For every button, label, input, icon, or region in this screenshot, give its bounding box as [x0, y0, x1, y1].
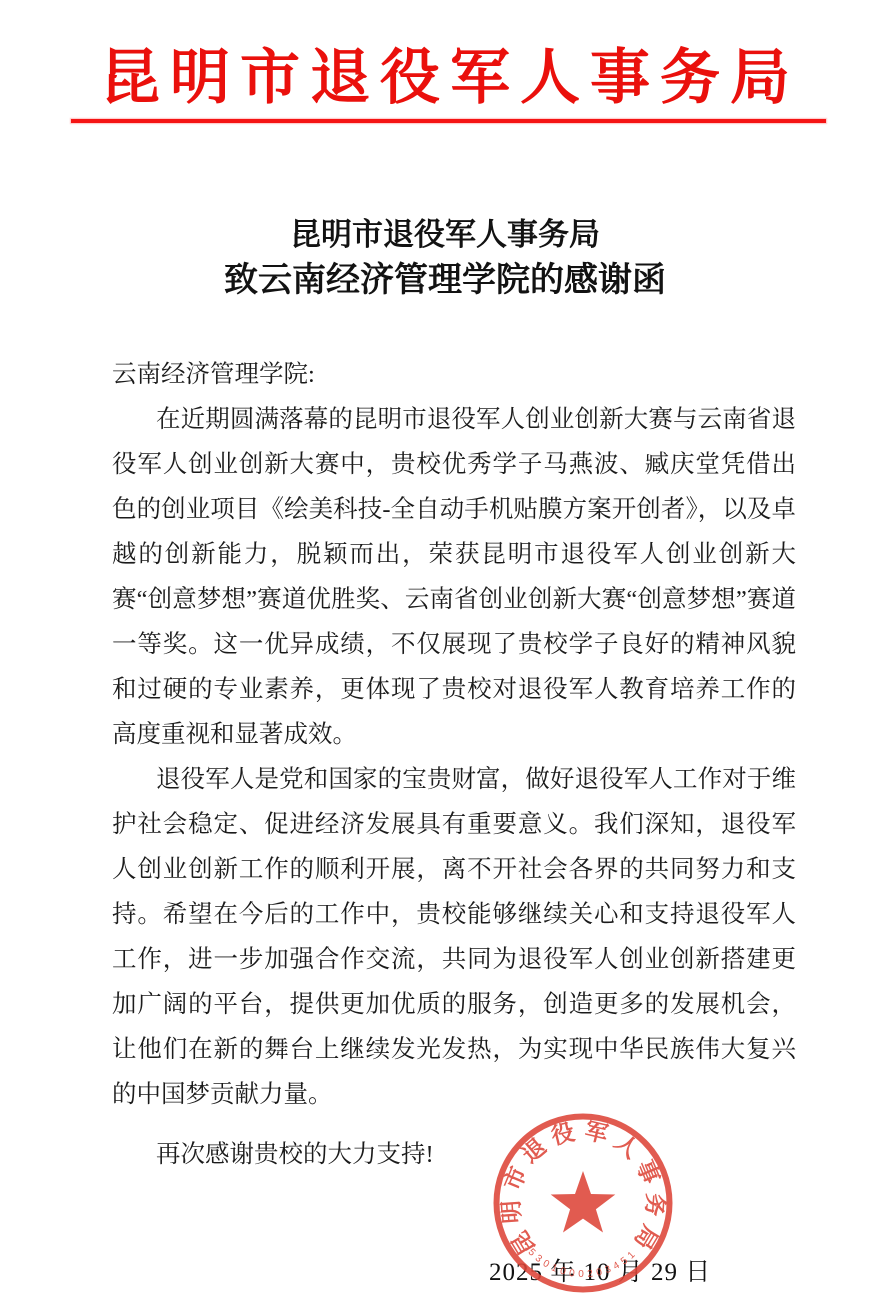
official-seal-stamp-icon: 昆明市退役军人事务局 5301000203451: [488, 1108, 678, 1298]
body-paragraph-2: 退役军人是党和国家的宝贵财富，做好退役军人工作对于维护社会稳定、促进经济发展具有…: [112, 757, 796, 1117]
salutation: 云南经济管理学院:: [112, 352, 796, 397]
letterhead-rule: [71, 119, 826, 123]
document-title: 昆明市退役军人事务局 致云南经济管理学院的感谢函: [0, 212, 890, 304]
seal-serial-code: 5301000203451: [526, 1247, 641, 1280]
letter-body: 云南经济管理学院: 在近期圆满落幕的昆明市退役军人创业创新大赛与云南省退役军人创…: [112, 352, 796, 1177]
document-title-line2: 致云南经济管理学院的感谢函: [0, 258, 890, 304]
letter-page: 昆明市退役军人事务局 昆明市退役军人事务局 致云南经济管理学院的感谢函 云南经济…: [0, 0, 890, 1298]
document-title-line1: 昆明市退役军人事务局: [0, 212, 890, 258]
letterhead-org-name: 昆明市退役军人事务局: [0, 30, 890, 116]
seal-star-icon: [551, 1171, 616, 1233]
closing-line: 再次感谢贵校的大力支持!: [112, 1132, 796, 1177]
body-paragraph-1: 在近期圆满落幕的昆明市退役军人创业创新大赛与云南省退役军人创业创新大赛中，贵校优…: [112, 397, 796, 757]
